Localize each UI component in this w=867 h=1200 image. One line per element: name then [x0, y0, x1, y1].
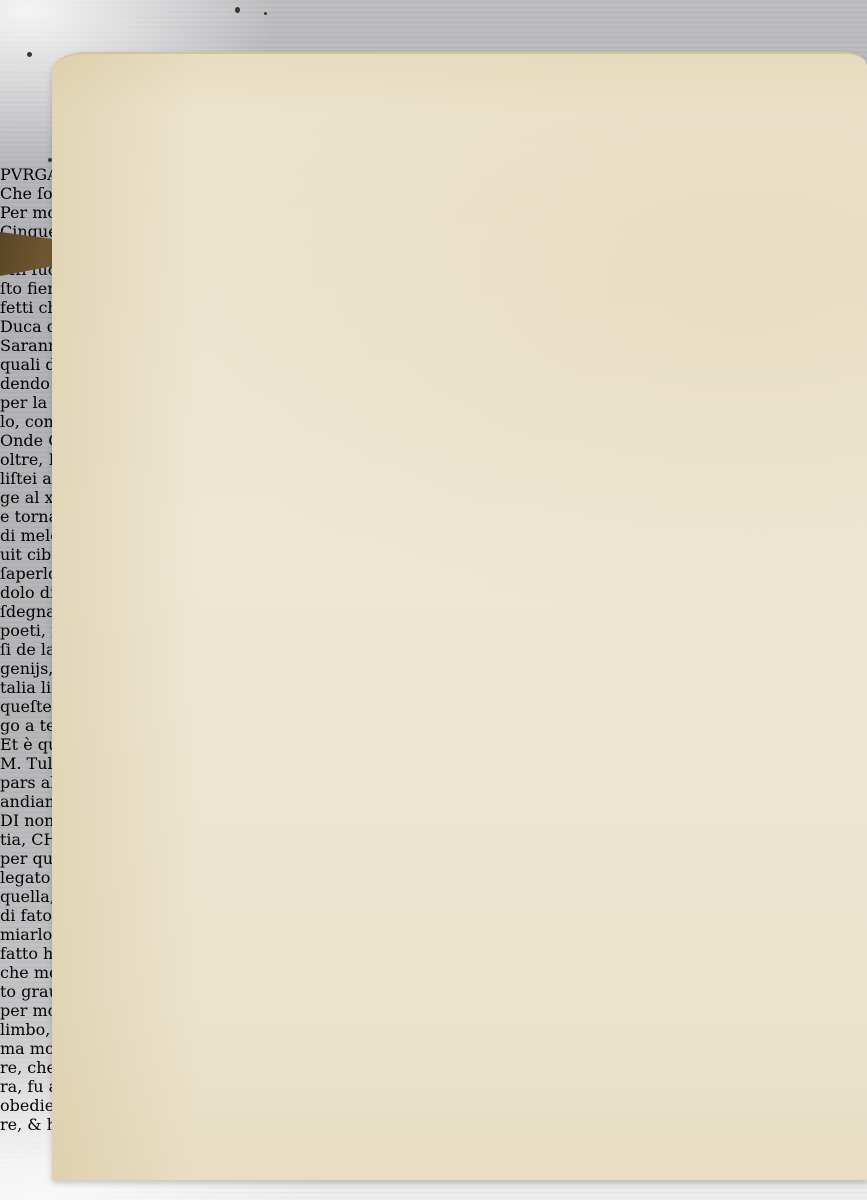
backdrop-speck [264, 12, 267, 15]
show-through-text [0, 125, 300, 165]
book-photograph: PVRGATORIO Che ſolo a luſo ſuo la creò ſ… [0, 0, 867, 1200]
show-through-text [0, 85, 230, 125]
backdrop-speck [235, 7, 240, 13]
backdrop-speck [27, 52, 32, 57]
page-curvature-shade [90, 230, 170, 1170]
book-page [52, 52, 867, 1180]
